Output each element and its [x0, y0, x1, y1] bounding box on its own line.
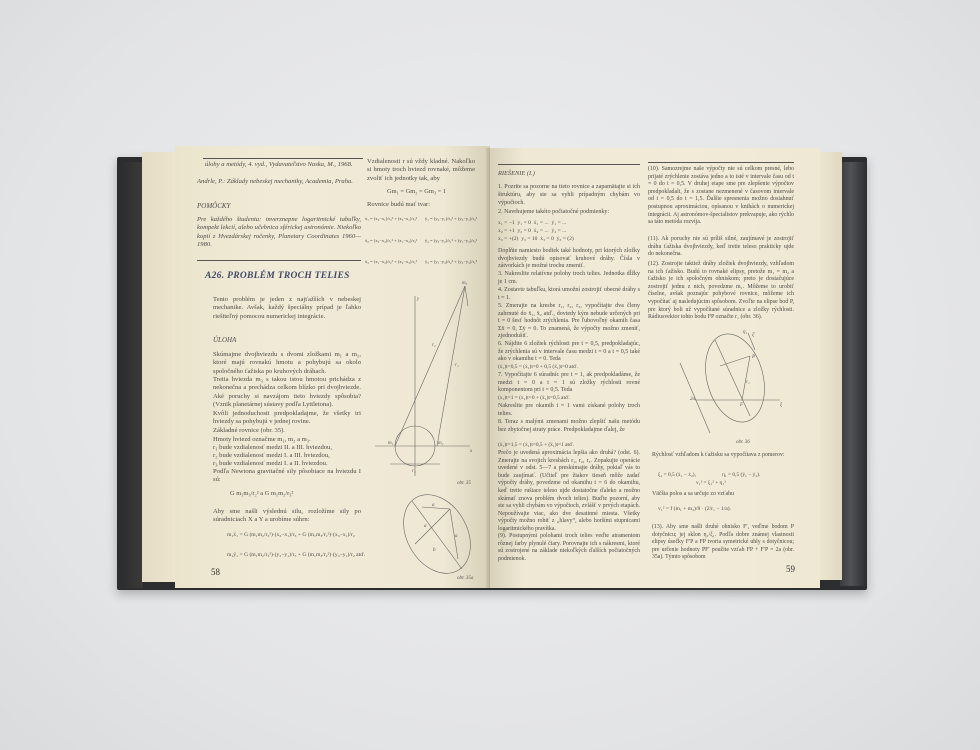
svg-text:a: a — [424, 524, 427, 529]
para-13: (13). Aby sme našli druhé ohnisko F′, ve… — [652, 524, 794, 562]
equation-x3: ẍ₃ = (x₁−x₃)/r₂³ + (x₂−x₃)/r₁³ — [365, 259, 417, 264]
para-11: (11). Ak poruchy nie sú príliš silné, za… — [648, 236, 794, 259]
svg-text:ξ̄: ξ̄ — [752, 332, 756, 338]
step-9: (9). Postupnými polohami troch telies ve… — [498, 533, 640, 563]
task-paragraph-3: Kvôli jednoduchosti predpokladajme, že v… — [213, 410, 361, 427]
figure-36-orbit-ellipse: η₁ξ̄P Fr₁ξ2a — [670, 328, 790, 443]
figure-35a-ellipse-diagram: aaab — [400, 489, 475, 579]
svg-text:r₁: r₁ — [746, 380, 750, 385]
fig35a-caption: obr. 35a — [457, 576, 473, 581]
right-page: RIEŠENIE (I.) 1. Pozrite sa pozorne na t… — [490, 148, 820, 588]
aids-text: Pre každého študenta: inverznepne logari… — [197, 216, 361, 250]
svg-text:a: a — [455, 534, 458, 539]
reference-2: Andrle, P.: Základy nebeskej mechaniky, … — [197, 178, 361, 186]
equation-x: m₁ẍ₁ = G (m₁m₂/r₃²)·(x₂−x₁)/r₃ + G (m₁m₃… — [227, 532, 355, 538]
col2-intro: Vzdialenosti r sú vždy kladné. Nakoľko s… — [367, 158, 475, 183]
semi-axis-equation: v₁² = f (m₁ + m₂)/8 · (2/r₁ − 1/a). — [658, 506, 731, 512]
step-8-discussion: Prečo je uvedená aproximácia lepšia ako … — [498, 450, 640, 534]
svg-text:y: y — [416, 297, 420, 302]
equation-y: m₁ÿ₁ = G (m₁m₂/r₃²)·(y₂−y₁)/r₃ + G (m₁m₃… — [227, 552, 365, 558]
velocity-eq-v: v₁² = ξ₁² + η₁² — [696, 480, 726, 486]
step-3: 3. Nakreslite relatívne polohy troch tel… — [498, 271, 640, 286]
svg-text:r₂: r₂ — [432, 343, 436, 348]
col2-unit-equation: Gm₁ = Gm₂ = Gm₃ = 1 — [387, 188, 446, 195]
step-6: 6. Nájdite 6 zložiek rýchlosti pre t = 0… — [498, 341, 640, 364]
page-number-59: 59 — [786, 564, 795, 574]
fig35-caption: obr. 35 — [457, 481, 471, 486]
task-paragraph-4: Základné rovnice (obr. 35). — [213, 427, 361, 435]
svg-text:ξ: ξ — [780, 402, 783, 408]
equation-y3: ÿ₃ = (y₁−y₃)/r₂³ + (y₂−y₃)/r₁³ — [425, 259, 477, 264]
equation-y1: ÿ₁ = (y₂−y₁)/r₃³ + (y₃−y₁)/r₂³ — [425, 216, 477, 221]
para-12: (12). Zostrojte taktiež dráhy zložiek dv… — [648, 261, 794, 322]
svg-text:η₁: η₁ — [743, 330, 747, 335]
step-6-formula: (ẋ₁)t=0,5 = (ẋ₁)t=0 + 0,5 (ẍ₁)t=0 atď. — [498, 364, 578, 370]
top-rule — [203, 158, 363, 159]
aids-heading: POMÔCKY — [197, 202, 230, 210]
svg-text:m₁: m₁ — [388, 441, 394, 446]
left-page: úlohy a metódy, 4. vyd., Vydavateľstvo N… — [175, 146, 490, 588]
svg-text:m₃: m₃ — [462, 281, 468, 286]
solution-heading: RIEŠENIE (I.) — [498, 170, 535, 177]
step-2-note: Doplňte namiesto bodiek také hodnoty, pr… — [498, 248, 640, 271]
ic-row-3: x₃ = +(2) y₃ = 10 ẋ₃ = 0 ẏ₃ = (2) — [498, 236, 574, 242]
equation-y2: ÿ₂ = (y₃−y₂)/r₁³ + (y₁−y₂)/r₃³ — [425, 238, 477, 243]
fig36-caption: obr. 36 — [736, 440, 750, 445]
force-equation: G m₁m₃/r₂² a G m₁m₂/r₃² — [230, 490, 293, 497]
svg-text:F: F — [739, 403, 744, 408]
step-5: 5. Zmerajte na kresbe r₁, r₂, r₃, vypočí… — [498, 303, 640, 341]
equation-x2: ẍ₂ = (x₃−x₂)/r₁³ + (x₁−x₂)/r₃³ — [365, 238, 417, 243]
intro-paragraph: Tento problém je jeden z najťažších v ne… — [213, 296, 361, 321]
equation-x1: ẍ₁ = (x₂−x₁)/r₃³ + (x₃−x₁)/r₂³ — [365, 216, 417, 221]
svg-text:r₁: r₁ — [455, 363, 459, 368]
col2-eq-intro: Rovnice budú mať tvar: — [367, 201, 475, 209]
cover-left-edge — [117, 162, 143, 588]
svg-text:m₂: m₂ — [438, 441, 444, 446]
section-title: A26. PROBLÉM TROCH TELIES — [205, 271, 350, 281]
top-rule-right-col2 — [648, 162, 794, 163]
step-8: 8. Teraz s malými zmenami možno zlepšiť … — [498, 419, 640, 434]
velocity-text: Rýchlosť vzhľadom k ťažisku sa vypočítav… — [652, 452, 794, 460]
svg-text:P: P — [751, 355, 755, 360]
cover-right-edge — [840, 162, 867, 586]
step-8-formula: (ẋ₁)t=1,5 = (ẋ₁)t=0,5 + (ẍ₁)t=1 atď. — [498, 442, 574, 448]
step-4: 4. Zostavte tabuľku, ktorá umožní zostro… — [498, 287, 640, 302]
task-heading: ÚLOHA — [213, 336, 236, 344]
ic-row-2: x₂ = +1 y₂ = 0 ẋ₂ = ... ẏ₂ = ... — [498, 228, 566, 234]
velocity-eq-eta: η₁ = 0,5 (ẏ₁ − ẏ₂). — [722, 472, 760, 478]
task-paragraph-2: Tretia hviezda m₃ s takou istou hmotou p… — [213, 376, 361, 410]
task-paragraph-9: Podľa Newtona gravitačné sily pôsobiace … — [213, 468, 361, 485]
velocity-eq-xi: ξ₁ = 0,5 (ẋ₁ − ẋ₂), — [658, 472, 696, 478]
step-7-note: Nakreslite pre okamih t = 1 vami získané… — [498, 403, 640, 418]
step-1: 1. Pozrite sa pozorne na tieto rovnice a… — [498, 184, 640, 208]
resolve-text: Aby sme našli výslednú silu, rozložíme s… — [213, 508, 361, 525]
figure-35-three-body-diagram: m₃yx m₁m₂ r₂r₁r₃ — [370, 276, 480, 496]
section-rule — [197, 260, 361, 261]
page-number-58: 58 — [211, 567, 220, 577]
step-2: 2. Navrhujeme takéto počiatočné podmienk… — [498, 208, 640, 216]
task-paragraph-1: Skúmajme dvojhviezdu s dvomi zložkami m₁… — [213, 351, 361, 376]
reference-1: úlohy a metódy, 4. vyd., Vydavateľstvo N… — [205, 161, 361, 169]
svg-text:x: x — [469, 449, 473, 454]
svg-text:2a: 2a — [690, 397, 696, 402]
top-rule-right-col1 — [498, 164, 640, 165]
svg-text:a: a — [432, 503, 435, 508]
semi-axis-text: Väčšia polos a sa určuje zo vzťahu — [652, 490, 794, 498]
step-7-formula: (x₁)t=1 = (x₁)t=0 + (ẋ₁)t=0,5 atď. — [498, 395, 570, 401]
svg-text:b: b — [433, 548, 436, 553]
step-7: 7. Vypočítajte 6 súradníc pre t = 1, ak … — [498, 372, 640, 395]
ic-row-1: x₁ = −1 y₁ = 0 ẋ₁ = ... ẏ₁ = ... — [498, 220, 566, 226]
svg-text:r₃: r₃ — [412, 469, 416, 474]
para-10: (10). Samozrejme naše výpočty nie sú cel… — [648, 166, 794, 227]
